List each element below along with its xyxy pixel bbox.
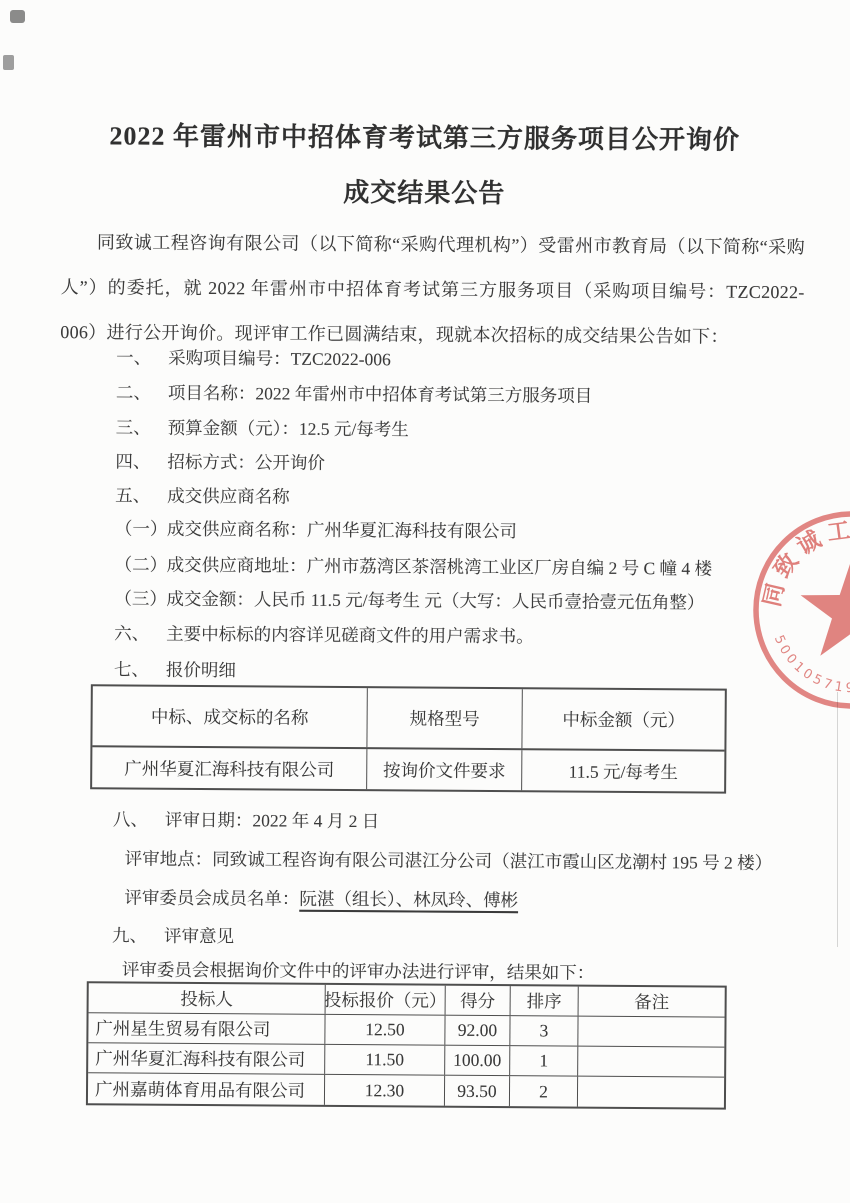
remark [578,1047,724,1077]
bidder-name: 广州星生贸易有限公司 [88,1013,325,1044]
seal-star [801,558,850,656]
list-item: 五、 成交供应商名称 [115,482,290,508]
list-item: 九、 评审意见 [112,922,234,948]
item-number: （三） [114,585,166,610]
list-item: （一） 成交供应商名称：广州华夏汇海科技有限公司 [115,515,517,543]
table-row: 广州华夏汇海科技有限公司 11.50 100.00 1 [88,1043,724,1077]
item-number: 五、 [115,482,167,507]
table-cell: 按询价文件要求 [367,749,522,790]
bid-price: 11.50 [325,1045,445,1075]
bid-price: 12.50 [325,1015,445,1045]
column-header: 得分 [446,986,511,1015]
table-row: 广州华夏汇海科技有限公司 按询价文件要求 11.5 元/每考生 [92,747,724,791]
item-number: 六、 [114,620,166,645]
list-item: 三、 预算金额（元）：12.5 元/每考生 [116,414,409,441]
bid-price: 12.30 [325,1075,445,1106]
review-committee: 评审委员会成员名单：阮湛（组长）、林凤玲、傅彬 [124,884,518,912]
item-number: 四、 [115,448,167,473]
evaluation-result-table: 投标人 投标报价（元） 得分 排序 备注 广州星生贸易有限公司 12.50 92… [86,981,727,1109]
rank: 1 [510,1046,578,1075]
item-text: 预算金额（元）：12.5 元/每考生 [168,415,409,442]
item-text: 成交供应商名称 [167,483,290,509]
bidder-name: 广州华夏汇海科技有限公司 [88,1043,325,1074]
table-cell: 广州华夏汇海科技有限公司 [92,747,367,789]
title-line-2: 成交结果公告 [0,163,849,224]
item-text: 成交供应商名称：广州华夏汇海科技有限公司 [167,516,517,543]
item-text: 成交供应商地址：广州市荔湾区茶滘桃湾工业区厂房自编 2 号 C 幢 4 楼 [167,552,713,581]
document-page: 2022 年雷州市中招体育考试第三方服务项目公开询价 成交结果公告 同致诚工程咨… [0,0,850,1203]
review-date: 评审日期：2022 年 4 月 2 日 [165,807,380,833]
title-line-1: 2022 年雷州市中招体育考试第三方服务项目公开询价 [0,108,850,169]
item-number: （二） [115,551,167,576]
score: 93.50 [445,1076,510,1106]
item-text: 成交金额：人民币 11.5 元/每考生 元（大写：人民币壹拾壹元伍角整） [166,586,704,615]
intro-paragraph: 同致诚工程咨询有限公司（以下简称“采购代理机构”）受雷州市教育局（以下简称“采购… [60,220,805,360]
item-number: 一、 [116,344,168,369]
item-number: 七、 [114,656,166,681]
score: 92.00 [445,1016,510,1045]
item-number: 九、 [112,922,164,947]
list-item: 六、 主要中标标的内容详见磋商文件的用户需求书。 [114,620,534,648]
rank: 3 [510,1016,578,1045]
scan-artifact-line [837,692,838,947]
column-header: 投标报价（元） [326,985,446,1015]
item-number: 八、 [113,806,165,831]
item-text: 报价明细 [166,657,236,682]
list-item: （二） 成交供应商地址：广州市荔湾区茶滘桃湾工业区厂房自编 2 号 C 幢 4 … [115,551,713,580]
list-item: 八、 评审日期：2022 年 4 月 2 日 [113,806,380,833]
column-header: 备注 [579,987,725,1017]
list-item: 四、 招标方式：公开询价 [115,448,325,474]
list-item: 七、 报价明细 [114,656,236,682]
committee-names: 阮湛（组长）、林凤玲、傅彬 [299,889,518,911]
item-text: 项目名称：2022 年雷州市中招体育考试第三方服务项目 [168,380,593,408]
page-title: 2022 年雷州市中招体育考试第三方服务项目公开询价 成交结果公告 [0,108,850,224]
rank: 2 [510,1076,578,1106]
table-row: 广州星生贸易有限公司 12.50 92.00 3 [88,1013,724,1047]
column-header: 投标人 [89,983,326,1014]
item-text: 主要中标标的内容详见磋商文件的用户需求书。 [166,621,534,649]
list-item: 一、 采购项目编号：TZC2022-006 [116,344,391,371]
column-header: 中标、成交标的名称 [92,686,367,747]
list-item: 二、 项目名称：2022 年雷州市中招体育考试第三方服务项目 [116,379,593,407]
item-number: （一） [115,515,167,540]
item-number: 二、 [116,379,168,404]
document-content: 2022 年雷州市中招体育考试第三方服务项目公开询价 成交结果公告 同致诚工程咨… [0,0,850,1203]
item-text: 采购项目编号：TZC2022-006 [168,345,391,372]
quote-detail-table: 中标、成交标的名称 规格型号 中标金额（元） 广州华夏汇海科技有限公司 按询价文… [90,684,727,793]
item-number: 三、 [116,414,168,439]
table-row: 广州嘉萌体育用品有限公司 12.30 93.50 2 [88,1073,724,1107]
bidder-name: 广州嘉萌体育用品有限公司 [88,1073,325,1105]
item-text: 评审意见 [164,923,234,948]
committee-label: 评审委员会成员名单： [124,887,299,908]
table-header-row: 投标人 投标报价（元） 得分 排序 备注 [89,983,725,1017]
table-header-row: 中标、成交标的名称 规格型号 中标金额（元） [92,686,724,751]
table-cell: 11.5 元/每考生 [522,750,724,791]
review-location: 评审地点：同致诚工程咨询有限公司湛江分公司（湛江市霞山区龙潮村 195 号 2 … [125,845,773,875]
review-result-intro: 评审委员会根据询价文件中的评审办法进行评审，结果如下： [122,956,595,984]
item-text: 招标方式：公开询价 [167,449,325,475]
remark [578,1077,724,1108]
company-seal-stamp: 同致诚工程咨询有限公司 5001057198586 [742,500,850,720]
column-header: 中标金额（元） [522,689,724,749]
column-header: 排序 [511,986,579,1015]
column-header: 规格型号 [367,688,522,748]
score: 100.00 [445,1046,510,1075]
list-item: （三） 成交金额：人民币 11.5 元/每考生 元（大写：人民币壹拾壹元伍角整） [114,585,704,614]
remark [578,1017,724,1047]
